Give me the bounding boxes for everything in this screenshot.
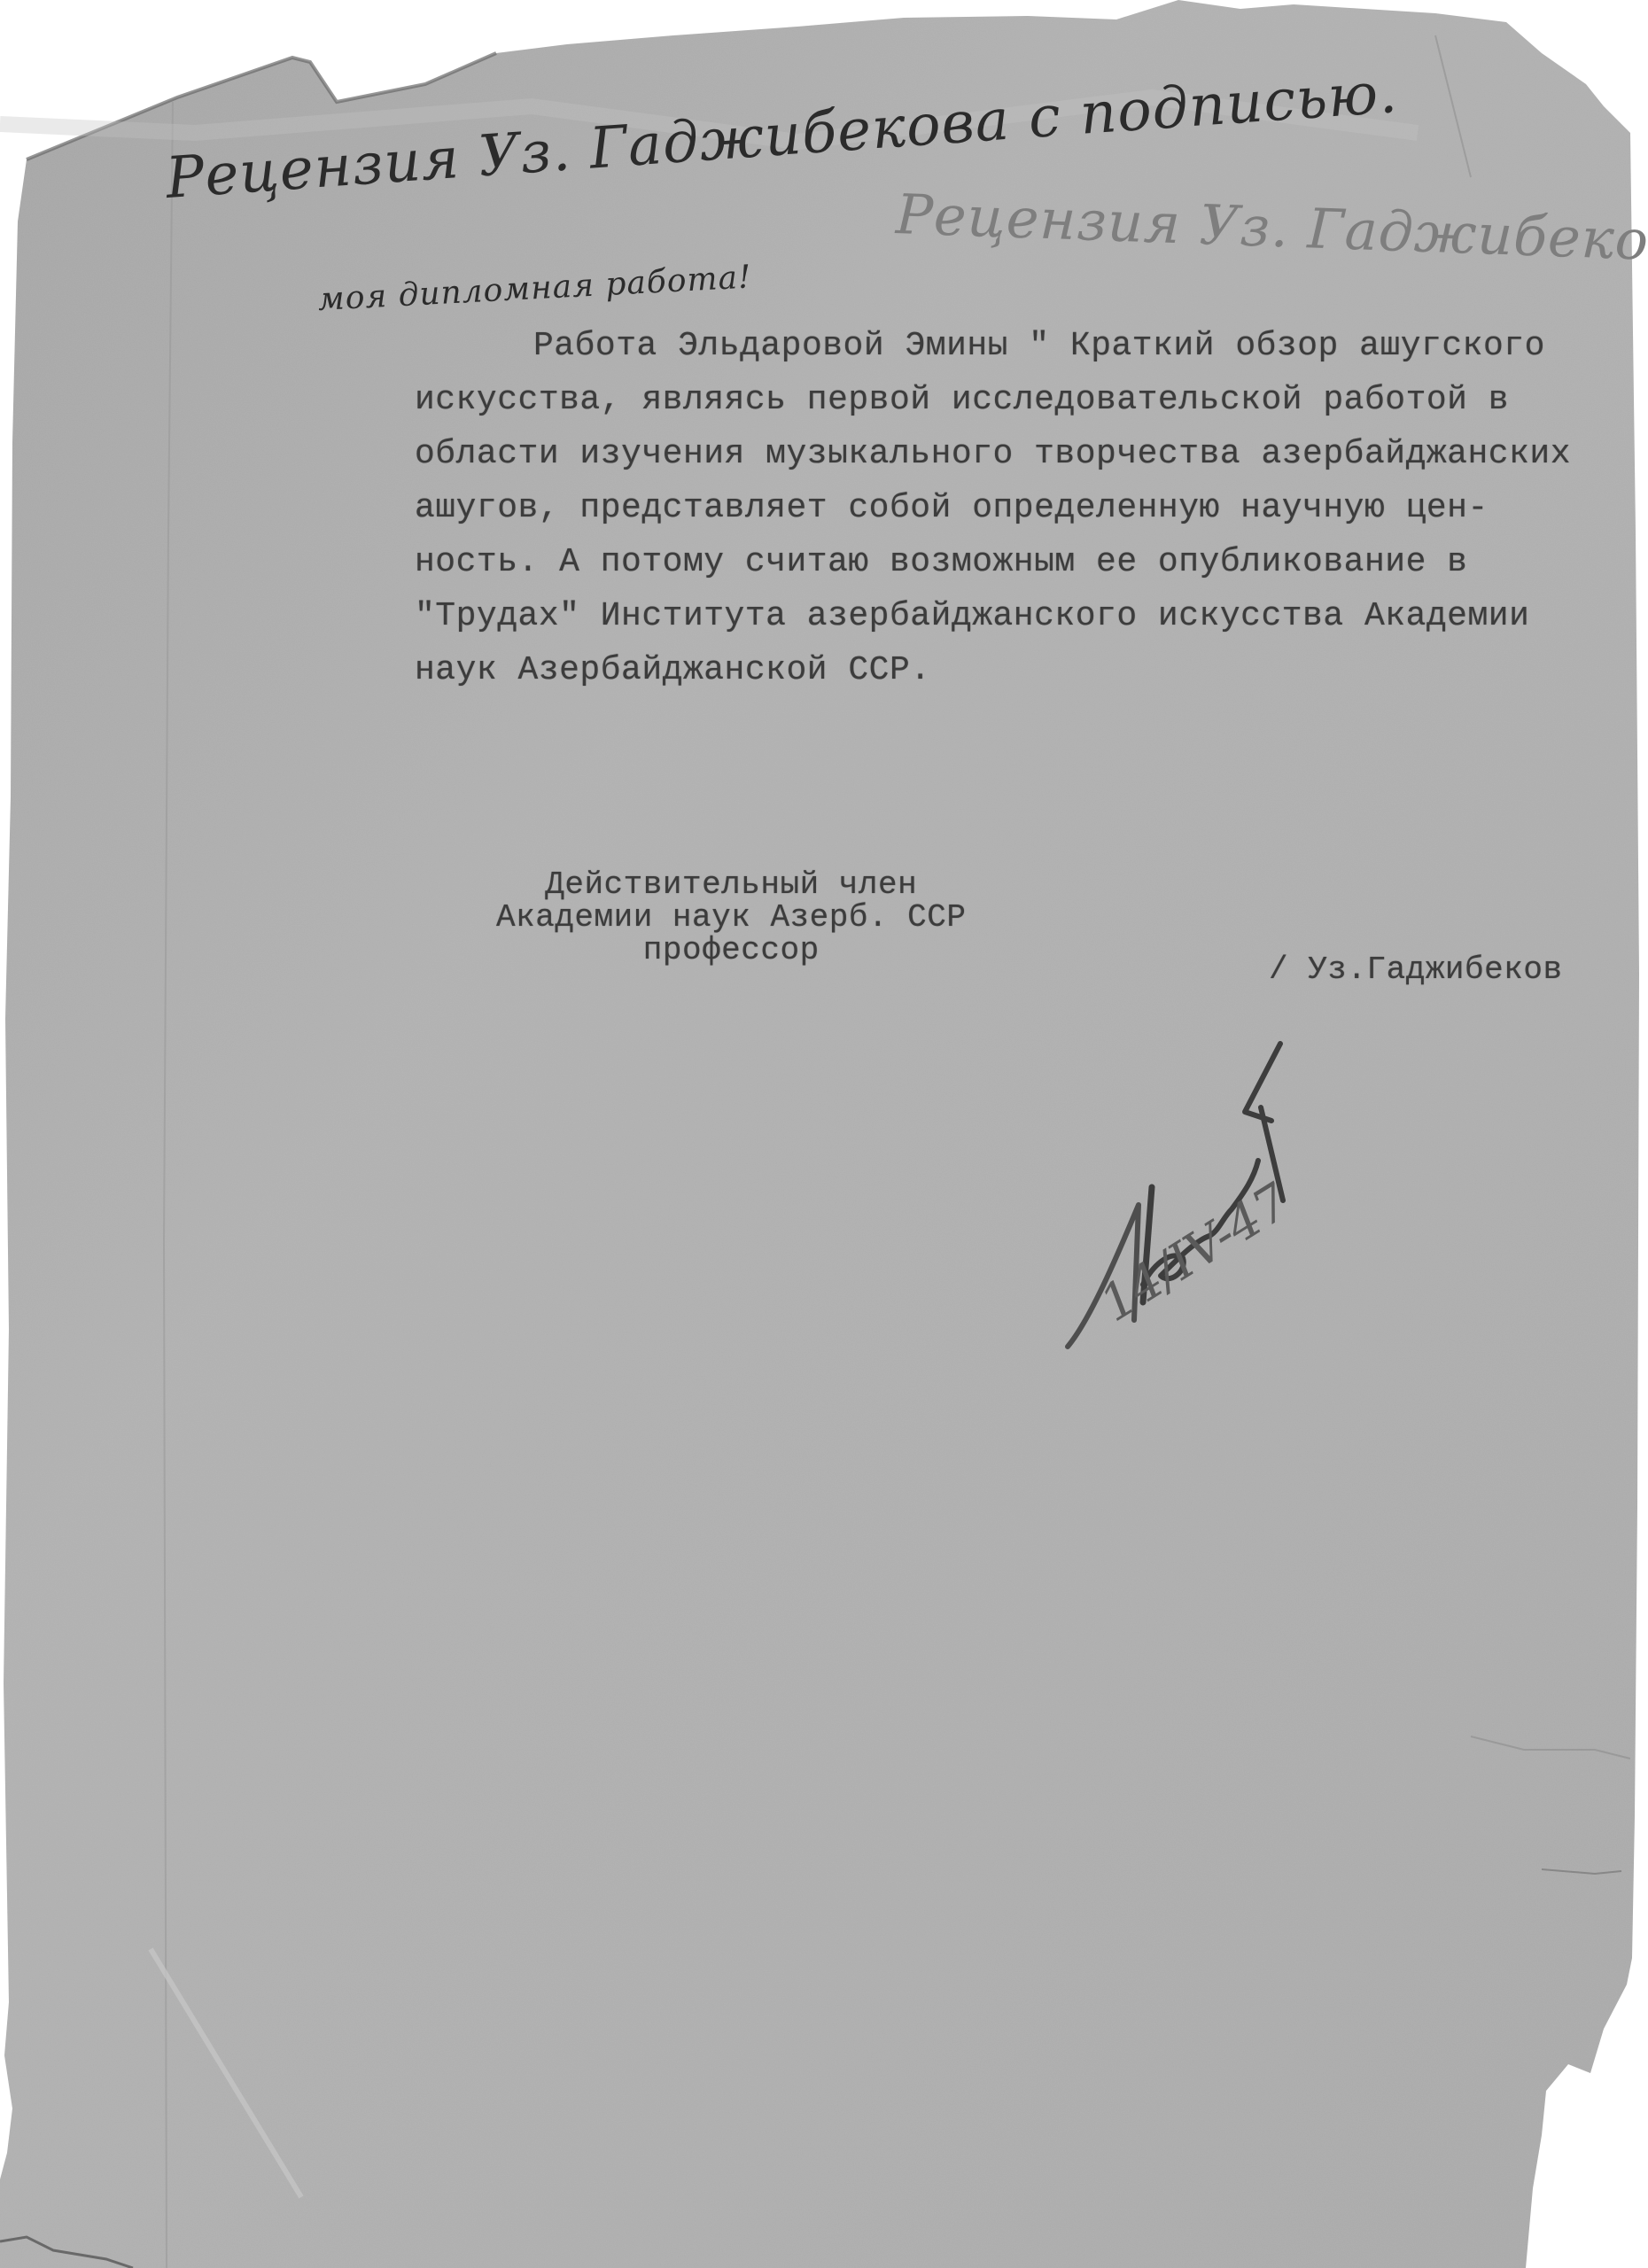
body-line: "Трудах" Института азербайджанского иску… — [415, 589, 1571, 643]
body-line: ность. А потому считаю возможным ее опуб… — [415, 535, 1571, 589]
signatory-name: / Уз.Гаджибеков — [1269, 951, 1563, 988]
body-line: искусства, являясь первой исследовательс… — [415, 373, 1571, 427]
body-line: Работа Эльдаровой Эмины " Краткий обзор … — [415, 319, 1571, 373]
signatory-title-line: профессор — [496, 934, 966, 967]
body-line: ашугов, представляет собой определенную … — [415, 481, 1571, 535]
scanned-document: Рецензия Уз. Гаджибекова с подписью. Рец… — [0, 0, 1648, 2268]
signatory-title: Действительный член Академии наук Азерб.… — [496, 868, 966, 967]
body-line: области изучения музыкального творчества… — [415, 427, 1571, 481]
body-line: наук Азербайджанской ССР. — [415, 643, 1571, 697]
signatory-title-line: Действительный член — [496, 868, 966, 901]
signatory-title-line: Академии наук Азерб. ССР — [496, 901, 966, 934]
review-body: Работа Эльдаровой Эмины " Краткий обзор … — [415, 319, 1571, 697]
handwritten-signature-icon — [1054, 1028, 1338, 1400]
